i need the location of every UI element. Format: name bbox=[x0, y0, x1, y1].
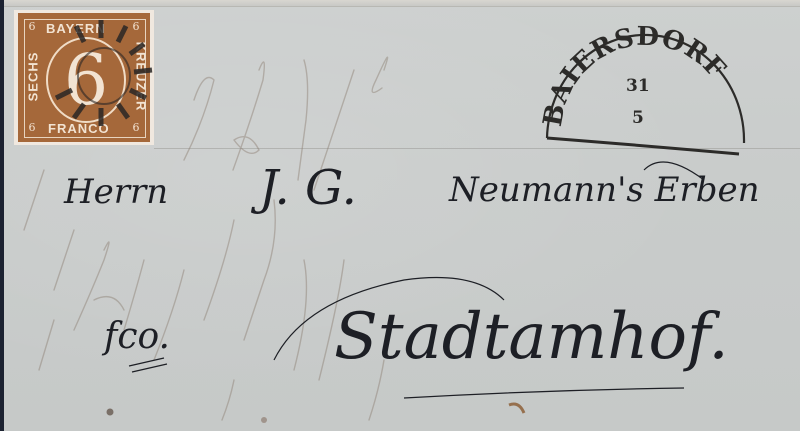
underline-flourish bbox=[4, 0, 800, 431]
letter-cover: 6 6 6 6 BAYERN FRANCO SECHS KREUZER 6 bbox=[4, 0, 800, 431]
background-edge bbox=[0, 0, 4, 431]
